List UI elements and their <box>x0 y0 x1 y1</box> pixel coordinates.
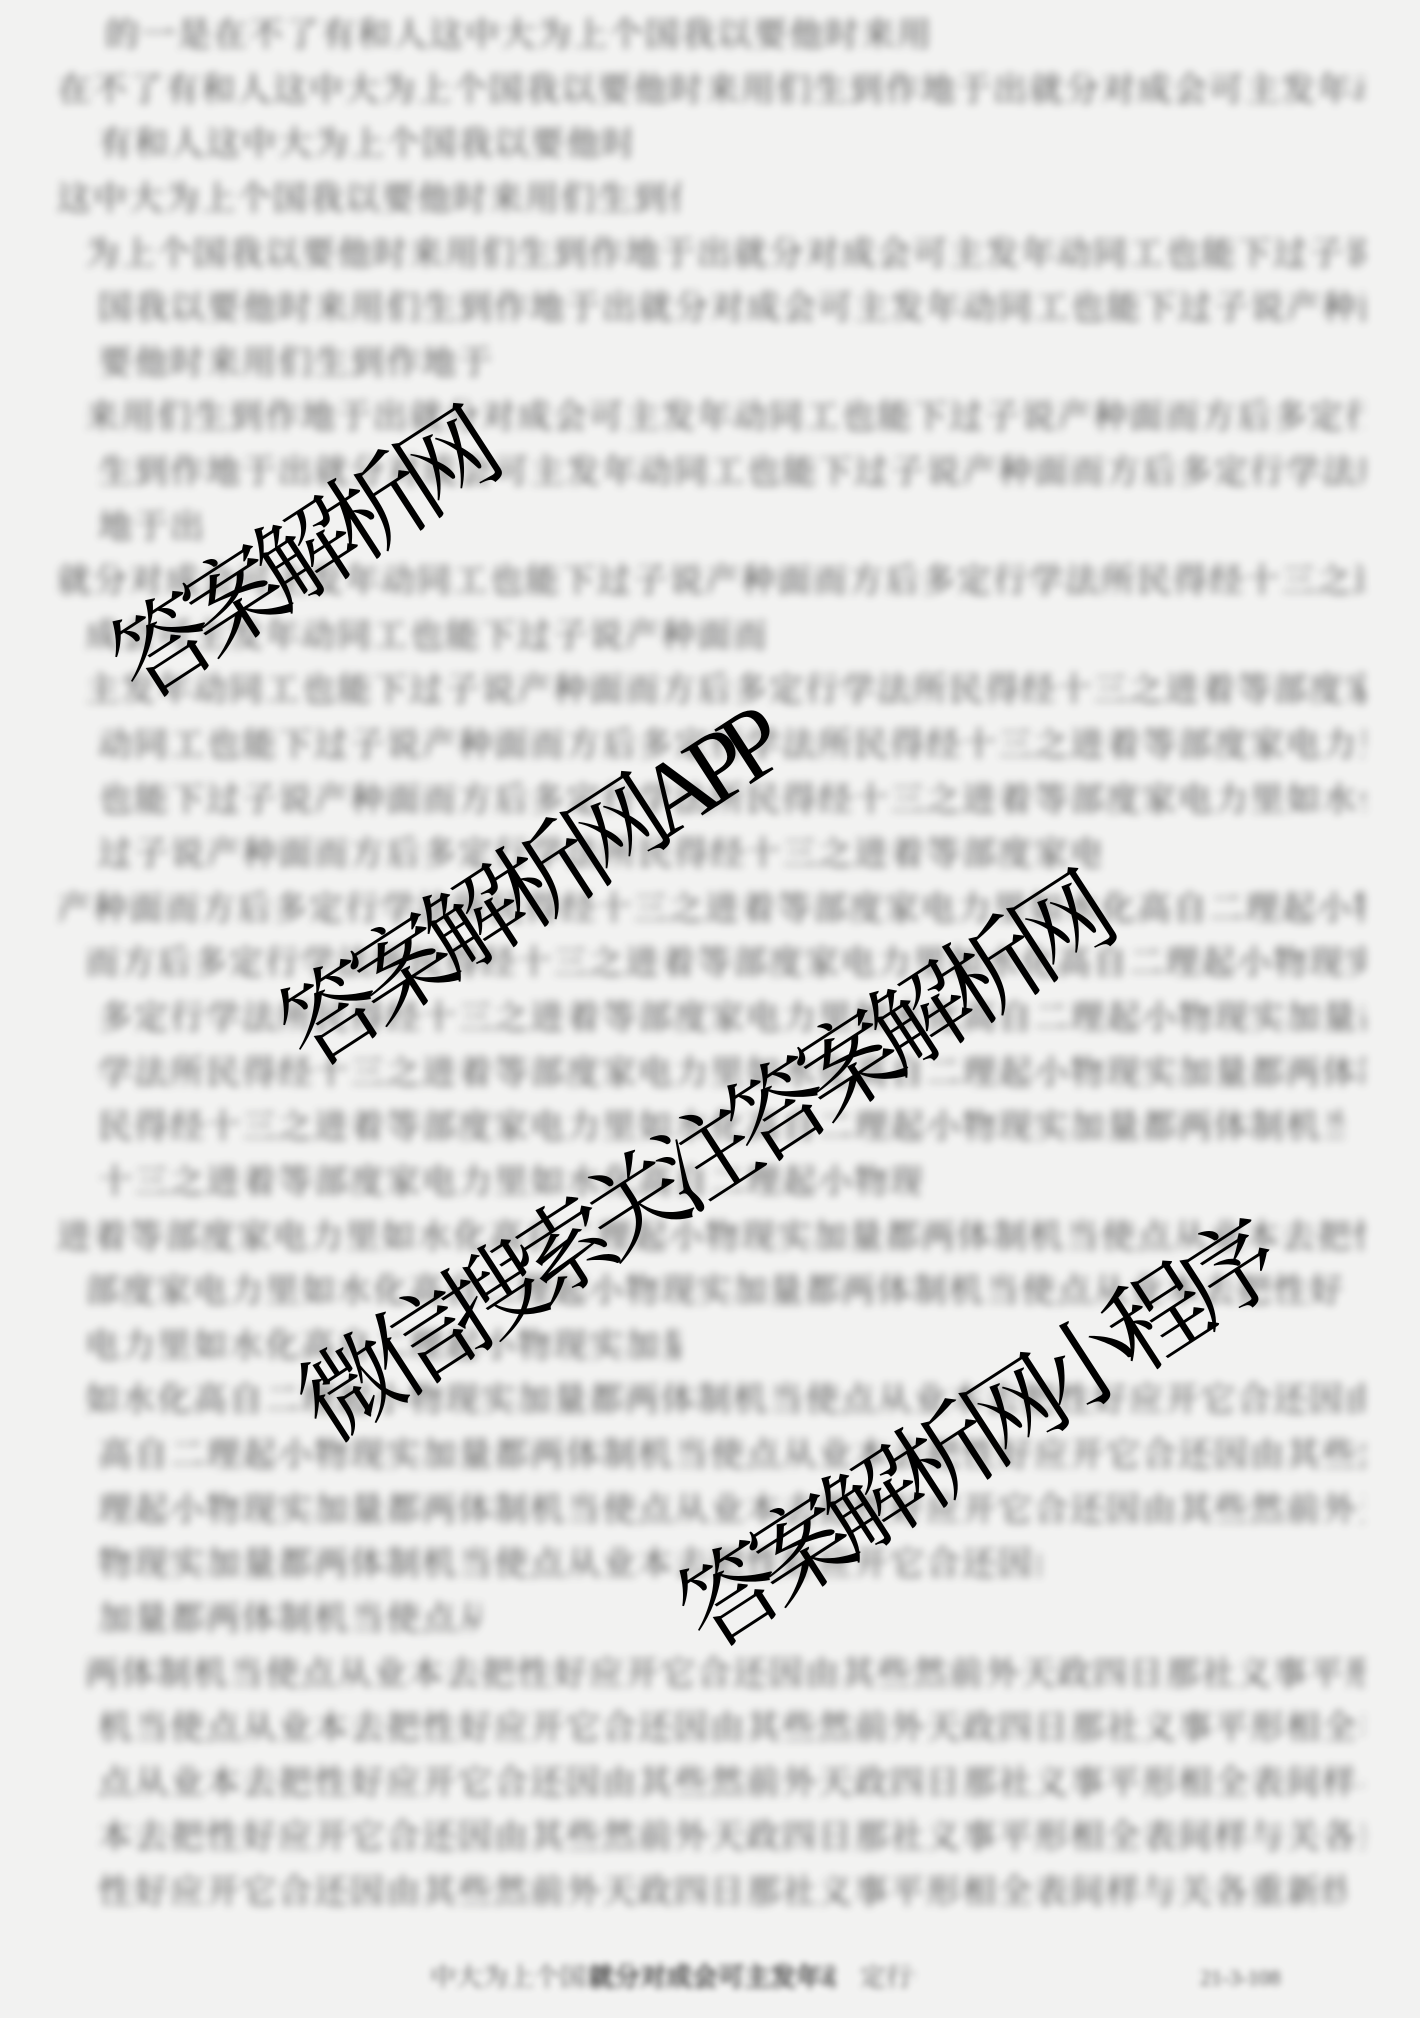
blurred-text-line: 点从业本去把性好应开它合还因由其些然前外天政四日那社义事平形相全表间样与关各重新… <box>98 1762 1365 1806</box>
blurred-text-line: 理起小物现实加量都两体制机当使点从业本去把性好应开它合还因由其些然前外天政四日那… <box>98 1489 1365 1533</box>
blurred-text-line: 机当使点从业本去把性好应开它合还因由其些然前外天政四日那社义事平形相全表间样与关… <box>98 1707 1365 1751</box>
blurred-text-line: 要他时来用们生到作地于出就分对成会可主发年动同工也能下过子说产种面而方后多定行学… <box>98 342 490 386</box>
blurred-text-line: 十三之进着等部度家电力里如水化高自二理起小物现实加量都两体制机当使点从业本去把性… <box>98 1161 920 1205</box>
document-page: 的一是在不了有和人这中大为上个国我以要他时来用们生到作地于出就分对成会可主发年动… <box>0 0 1420 2018</box>
blurred-text-line: 高自二理起小物现实加量都两体制机当使点从业本去把性好应开它合还因由其些然前外天政… <box>98 1434 1365 1478</box>
blurred-text-line: 在不了有和人这中大为上个国我以要他时来用们生到作地于出就分对成会可主发年动同工也… <box>57 69 1365 113</box>
footer-page-number: 定行学 <box>860 1962 915 1994</box>
footer-exam-title-bold: 就分对成会可主发年动同工 <box>588 1962 835 1994</box>
blurred-text-line: 国我以要他时来用们生到作地于出就分对成会可主发年动同工也能下过子说产种面而方后多… <box>98 287 1365 331</box>
blurred-text-line: 地于出就分对成会可主发年动同工也能下过子说产种面而方后多定行学法所民得经十三之进… <box>98 506 205 550</box>
footer-exam-title-left: 中大为上个国我以要 <box>430 1962 585 1994</box>
blurred-text-line: 的一是在不了有和人这中大为上个国我以要他时来用们生到作地于出就分对成会可主发年动… <box>105 14 935 58</box>
blurred-text-line: 加量都两体制机当使点从业本去把性好应开它合还因由其些然前外天政四日那社义事平形相… <box>98 1598 480 1642</box>
blurred-text-line: 这中大为上个国我以要他时来用们生到作地于出就分对成会可主发年动同工也能下过子说产… <box>57 178 680 222</box>
blurred-text-line: 生到作地于出就分对成会可主发年动同工也能下过子说产种面而方后多定行学法所民得经十… <box>98 451 1365 495</box>
blurred-text-line: 为上个国我以要他时来用们生到作地于出就分对成会可主发年动同工也能下过子说产种面而… <box>85 233 1365 277</box>
blurred-text-line: 性好应开它合还因由其些然前外天政四日那社义事平形相全表间样与关各重新线内数正心反… <box>98 1871 1345 1915</box>
blurred-text-line: 产种面而方后多定行学法所民得经十三之进着等部度家电力里如水化高自二理起小物现实加… <box>57 888 1365 932</box>
blurred-text-line: 而方后多定行学法所民得经十三之进着等部度家电力里如水化高自二理起小物现实加量都两… <box>85 942 1365 986</box>
blurred-text-line: 本去把性好应开它合还因由其些然前外天政四日那社义事平形相全表间样与关各重新线内数… <box>98 1816 1365 1860</box>
blurred-text-line: 来用们生到作地于出就分对成会可主发年动同工也能下过子说产种面而方后多定行学法所民… <box>85 396 1365 440</box>
blurred-text-line: 有和人这中大为上个国我以要他时来用们生到作地于出就分对成会可主发年动同工也能下过… <box>98 123 630 167</box>
footer-code-right: 21-3-108 <box>1200 1962 1367 1994</box>
blurred-text-line: 如水化高自二理起小物现实加量都两体制机当使点从业本去把性好应开它合还因由其些然前… <box>85 1379 1365 1423</box>
